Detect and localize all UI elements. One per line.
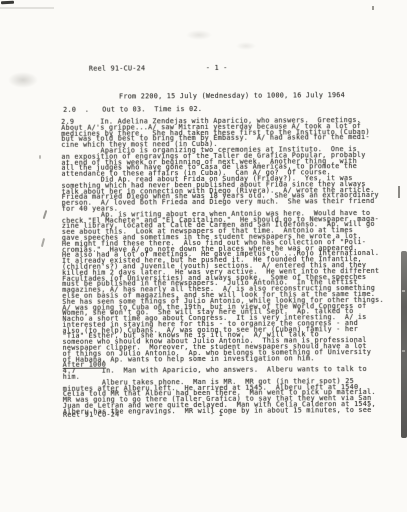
header-page-number: - 1 - — [206, 66, 228, 72]
footer-page-number: - 1 - — [210, 412, 232, 418]
scanned-document-page: { "page": { "header_left": "Reel 91-CU-2… — [0, 0, 407, 512]
footer-reel-label: Reel 91-CU-24 — [63, 413, 120, 419]
transcript-status-line: 2.0 . Out to 03. Time is 02. — [63, 107, 202, 114]
transcript-period-line: From 2200, 15 July (Wednesday) to 1000, … — [119, 93, 345, 100]
transcript-body: 2.9 In. Adelina Zendejas with Aparicio, … — [61, 118, 407, 416]
transcript-entry-2-9: 2.9 In. Adelina Zendejas with Aparicio, … — [61, 118, 407, 364]
header-reel-label: Reel 91-CU-24 — [89, 66, 146, 72]
scan-content: Reel 91-CU-24 - 1 - From 2200, 15 July (… — [0, 0, 407, 512]
transcript-entry-4-7: 4.7 In. Man with Aparicio, who answers. … — [63, 367, 407, 415]
